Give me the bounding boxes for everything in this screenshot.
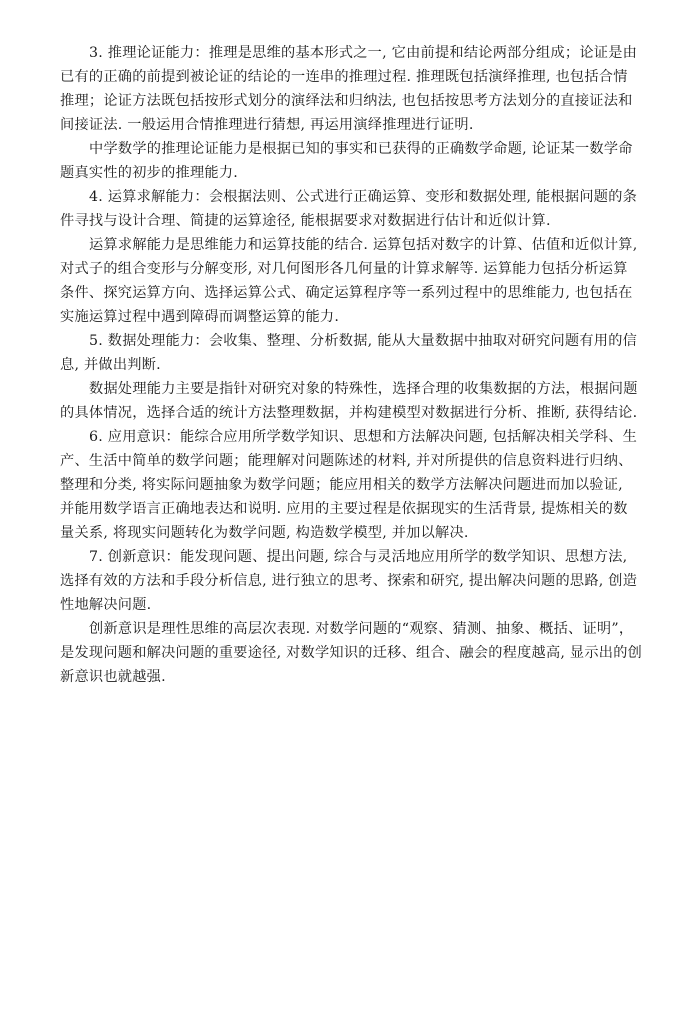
- paragraph-line: 件寻找与设计合理、简捷的运算途径, 能根据要求对数据进行估计和近似计算.: [60, 211, 616, 231]
- paragraph-line: 条件、探究运算方向、选择运算公式、确定运算程序等一系列过程中的思维能力, 也包括…: [60, 283, 616, 303]
- paragraph-line: 的具体情况，选择合适的统计方法整理数据，并构建模型对数据进行分析、推断, 获得结…: [60, 403, 616, 423]
- paragraph-line: 间接证法. 一般运用合情推理进行猜想, 再运用演绎推理进行证明.: [60, 115, 616, 135]
- paragraph-line: 并能用数学语言正确地表达和说明. 应用的主要过程是依据现实的生活背景, 提炼相关…: [60, 499, 616, 519]
- paragraph-line: 对式子的组合变形与分解变形, 对几何图形各几何量的计算求解等. 运算能力包括分析…: [60, 259, 616, 279]
- paragraph-line: 选择有效的方法和手段分析信息, 进行独立的思考、探索和研究, 提出解决问题的思路…: [60, 571, 616, 591]
- paragraph-line: 量关系, 将现实问题转化为数学问题, 构造数学模型, 并加以解决.: [60, 523, 616, 543]
- paragraph-line: 中学数学的推理论证能力是根据已知的事实和已获得的正确数学命题, 论证某一数学命: [89, 139, 616, 159]
- paragraph-line: 推理；论证方法既包括按形式划分的演绎法和归纳法, 也包括按思考方法划分的直接证法…: [60, 91, 616, 111]
- paragraph-line: 4. 运算求解能力：会根据法则、公式进行正确运算、变形和数据处理, 能根据问题的…: [89, 187, 616, 207]
- paragraph-line: 是发现问题和解决问题的重要途径, 对数学知识的迁移、组合、融会的程度越高, 显示…: [60, 643, 616, 663]
- paragraph-line: 产、生活中简单的数学问题；能理解对问题陈述的材料, 并对所提供的信息资料进行归纳…: [60, 451, 616, 471]
- paragraph-line: 3. 推理论证能力：推理是思维的基本形式之一, 它由前提和结论两部分组成；论证是…: [89, 43, 616, 63]
- paragraph-line: 整理和分类, 将实际问题抽象为数学问题；能应用相关的数学方法解决问题进而加以验证…: [60, 475, 616, 495]
- paragraph-line: 题真实性的初步的推理能力.: [60, 163, 616, 183]
- paragraph-line: 新意识也就越强.: [60, 667, 616, 687]
- paragraph-line: 5. 数据处理能力：会收集、整理、分析数据, 能从大量数据中抽取对研究问题有用的…: [89, 331, 616, 351]
- paragraph-line: 息, 并做出判断.: [60, 355, 616, 375]
- document-page: 3. 推理论证能力：推理是思维的基本形式之一, 它由前提和结论两部分组成；论证是…: [0, 0, 697, 1032]
- paragraph-line: 实施运算过程中遇到障碍而调整运算的能力.: [60, 307, 616, 327]
- paragraph-line: 运算求解能力是思维能力和运算技能的结合. 运算包括对数字的计算、估值和近似计算,: [89, 235, 616, 255]
- paragraph-line: 性地解决问题.: [60, 595, 616, 615]
- paragraph-line: 创新意识是理性思维的高层次表现. 对数学问题的“观察、猜测、抽象、概括、证明”，: [89, 619, 616, 639]
- paragraph-line: 6. 应用意识：能综合应用所学数学知识、思想和方法解决问题, 包括解决相关学科、…: [89, 427, 616, 447]
- paragraph-line: 已有的正确的前提到被论证的结论的一连串的推理过程. 推理既包括演绎推理, 也包括…: [60, 67, 616, 87]
- paragraph-line: 数据处理能力主要是指针对研究对象的特殊性，选择合理的收集数据的方法，根据问题: [89, 379, 616, 399]
- paragraph-line: 7. 创新意识：能发现问题、提出问题, 综合与灵活地应用所学的数学知识、思想方法…: [89, 547, 616, 567]
